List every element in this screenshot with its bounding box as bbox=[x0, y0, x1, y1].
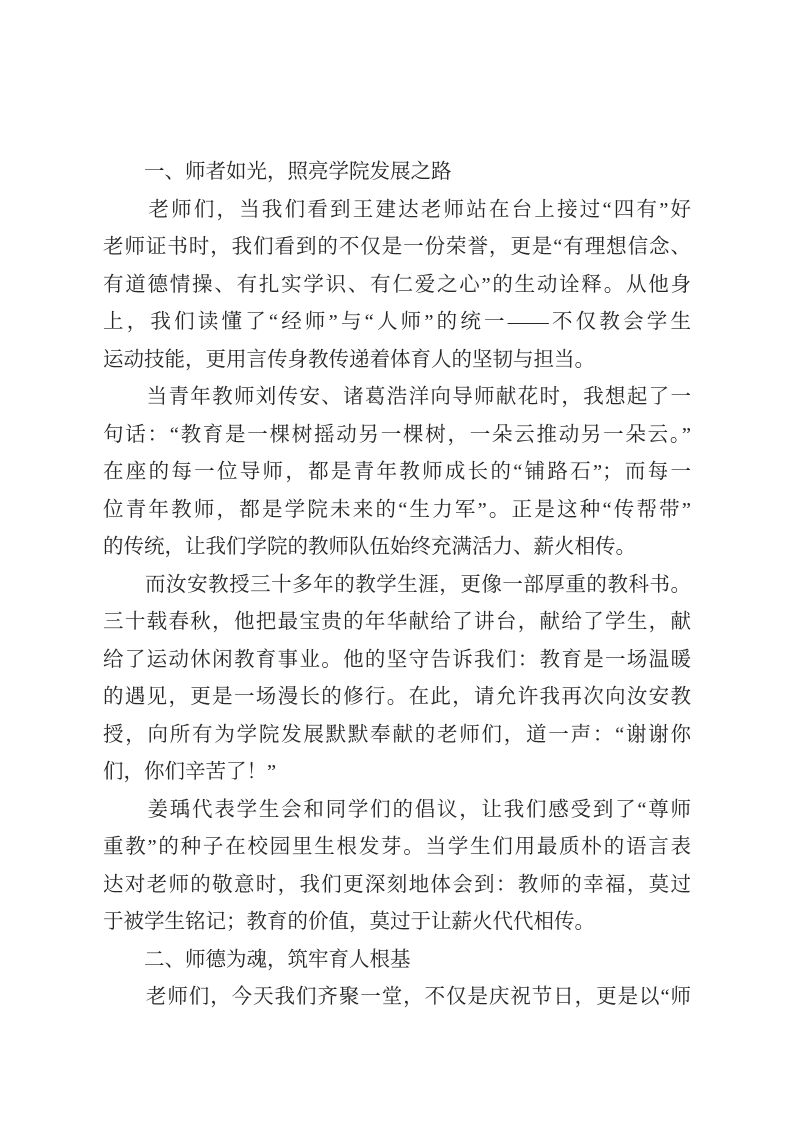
text-line: 三十载春秋，他把最宝贵的年华献给了讲台，献给了学生，献 bbox=[103, 604, 691, 642]
text-line: 老师证书时，我们看到的不仅是一份荣誉，更是“有理想信念、 bbox=[103, 229, 691, 267]
text-line: 在座的每一位导师，都是青年教师成长的“铺路石”；而每一 bbox=[103, 454, 691, 492]
document-text-block: 一、师者如光，照亮学院发展之路 老师们，当我们看到王建达老师站在台上接过“四有”… bbox=[103, 154, 691, 1017]
text-line: 姜瑀代表学生会和同学们的倡议，让我们感受到了“尊师 bbox=[103, 792, 691, 830]
body-paragraph: 而汝安教授三十多年的教学生涯，更像一部厚重的教科书。三十载春秋，他把最宝贵的年华… bbox=[103, 567, 691, 792]
text-line: 句话：“教育是一棵树摇动另一棵树，一朵云推动另一朵云。” bbox=[103, 417, 691, 455]
text-line: 于被学生铭记；教育的价值，莫过于让薪火代代相传。 bbox=[103, 904, 691, 942]
text-line: 当青年教师刘传安、诸葛浩洋向导师献花时，我想起了一 bbox=[103, 379, 691, 417]
text-line: 给了运动休闲教育事业。他的坚守告诉我们：教育是一场温暖 bbox=[103, 642, 691, 680]
body-paragraph: 老师们，今天我们齐聚一堂，不仅是庆祝节日，更是以“师 bbox=[103, 979, 691, 1017]
text-line: 的传统，让我们学院的教师队伍始终充满活力、薪火相传。 bbox=[103, 529, 691, 567]
text-line: 老师们，当我们看到王建达老师站在台上接过“四有”好 bbox=[103, 192, 691, 230]
text-line: 而汝安教授三十多年的教学生涯，更像一部厚重的教科书。 bbox=[103, 567, 691, 605]
section-heading: 一、师者如光，照亮学院发展之路 bbox=[103, 154, 691, 192]
text-line: 有道德情操、有扎实学识、有仁爱之心”的生动诠释。从他身 bbox=[103, 267, 691, 305]
document-page: 一、师者如光，照亮学院发展之路 老师们，当我们看到王建达老师站在台上接过“四有”… bbox=[0, 0, 793, 1122]
text-line: 位青年教师，都是学院未来的“生力军”。正是这种“传帮带” bbox=[103, 492, 691, 530]
body-paragraph: 当青年教师刘传安、诸葛浩洋向导师献花时，我想起了一句话：“教育是一棵树摇动另一棵… bbox=[103, 379, 691, 567]
text-line: 授，向所有为学院发展默默奉献的老师们，道一声：“谢谢你 bbox=[103, 717, 691, 755]
heading-line: 二、师德为魂，筑牢育人根基 bbox=[103, 942, 691, 980]
text-line: 们，你们辛苦了！” bbox=[103, 754, 691, 792]
heading-line: 一、师者如光，照亮学院发展之路 bbox=[103, 154, 691, 192]
text-line: 达对老师的敬意时，我们更深刻地体会到：教师的幸福，莫过 bbox=[103, 867, 691, 905]
section-heading: 二、师德为魂，筑牢育人根基 bbox=[103, 942, 691, 980]
text-line: 的遇见，更是一场漫长的修行。在此，请允许我再次向汝安教 bbox=[103, 679, 691, 717]
text-line: 重教”的种子在校园里生根发芽。当学生们用最质朴的语言表 bbox=[103, 829, 691, 867]
text-line: 运动技能，更用言传身教传递着体育人的坚韧与担当。 bbox=[103, 342, 691, 380]
text-line: 老师们，今天我们齐聚一堂，不仅是庆祝节日，更是以“师 bbox=[103, 979, 691, 1017]
body-paragraph: 老师们，当我们看到王建达老师站在台上接过“四有”好老师证书时，我们看到的不仅是一… bbox=[103, 192, 691, 380]
text-line: 上，我们读懂了“经师”与“人师”的统一——不仅教会学生 bbox=[103, 304, 691, 342]
body-paragraph: 姜瑀代表学生会和同学们的倡议，让我们感受到了“尊师重教”的种子在校园里生根发芽。… bbox=[103, 792, 691, 942]
